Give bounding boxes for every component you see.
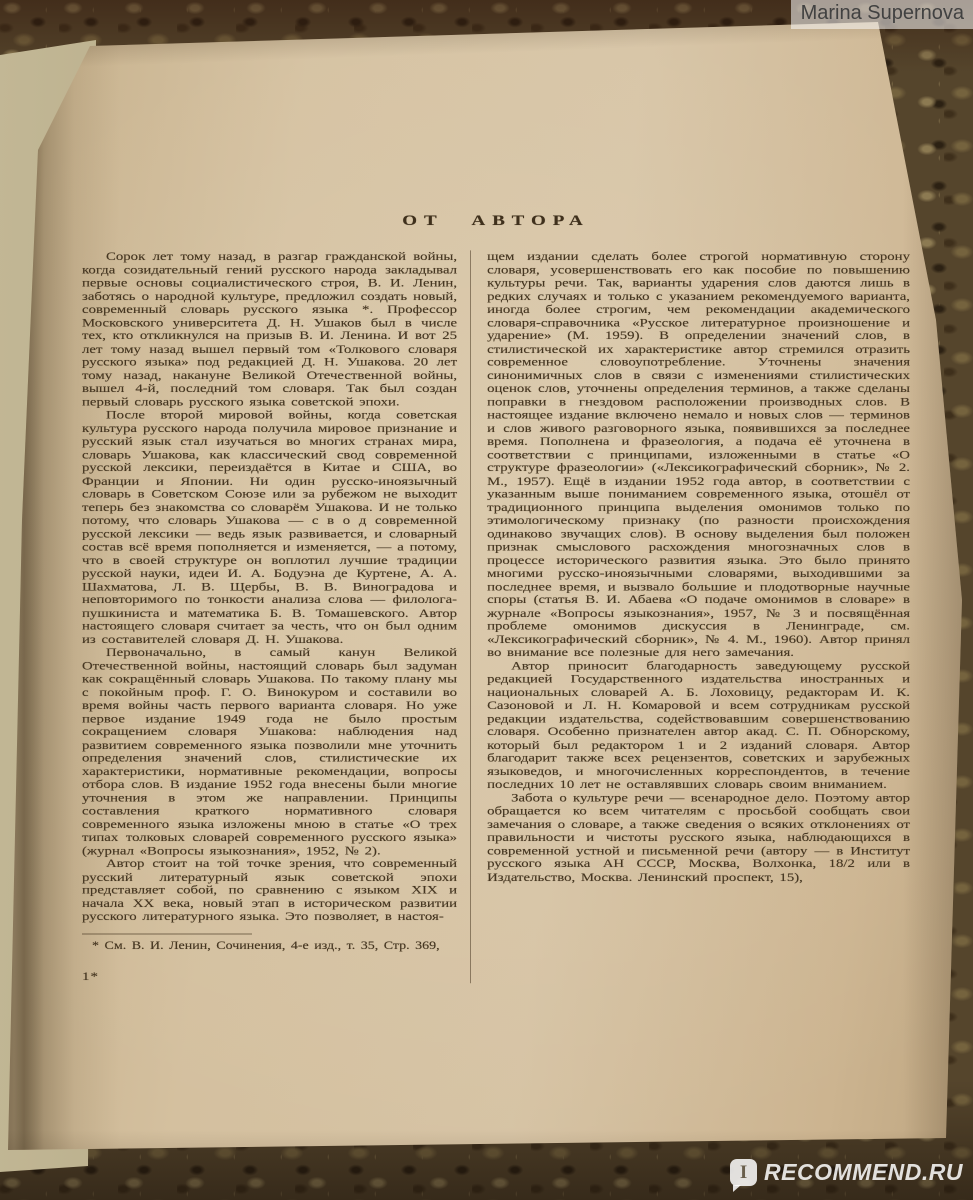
paragraph: Автор стоит на той точке зрения, что сов…	[82, 858, 457, 924]
paragraph: Первоначально, в самый канун Великой Оте…	[82, 646, 457, 857]
paragraph: Сорок лет тому назад, в разгар гражданск…	[82, 250, 457, 408]
book-photo: ОТ АВТОРА Сорок лет тому назад, в разгар…	[0, 0, 973, 1200]
paragraph: щем издании сделать более строгой нормат…	[487, 250, 910, 659]
footnote: * См. В. И. Ленин, Сочинения, 4-е изд., …	[82, 940, 457, 953]
paragraph: Автор приносит благодарность заведующему…	[487, 660, 910, 792]
text-columns: Сорок лет тому назад, в разгар гражданск…	[82, 250, 910, 983]
paragraph: Забота о культуре речи — всенародное дел…	[487, 792, 910, 884]
left-column: Сорок лет тому назад, в разгар гражданск…	[82, 250, 471, 983]
book-page: ОТ АВТОРА Сорок лет тому назад, в разгар…	[0, 0, 973, 1200]
recommend-watermark: I RECOMMEND.RU	[730, 1159, 963, 1186]
footnote-rule	[82, 933, 252, 934]
paragraph: После второй мировой войны, когда советс…	[82, 409, 457, 647]
right-column: щем издании сделать более строгой нормат…	[471, 250, 910, 983]
recommend-label: RECOMMEND.RU	[764, 1159, 963, 1186]
signature-mark: 1*	[82, 970, 457, 983]
page-title: ОТ АВТОРА	[82, 212, 910, 230]
page-content: ОТ АВТОРА Сорок лет тому назад, в разгар…	[82, 212, 910, 1176]
photographer-watermark: Marina Supernova	[791, 0, 973, 29]
recommend-bubble-icon: I	[730, 1159, 757, 1186]
